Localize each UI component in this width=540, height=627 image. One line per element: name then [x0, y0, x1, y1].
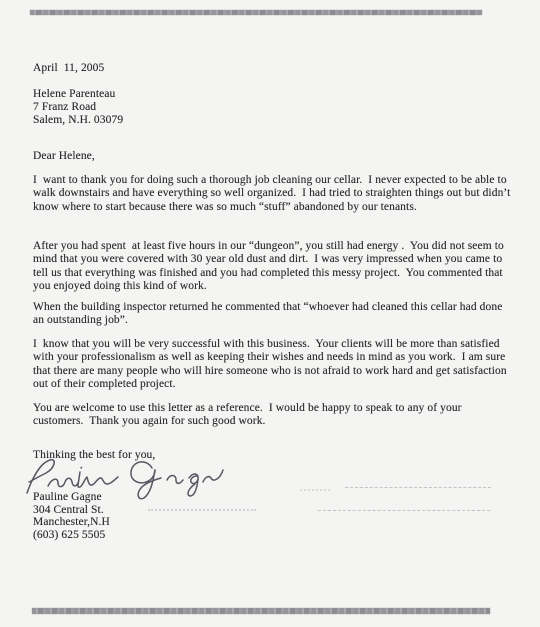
- recipient-block: Helene Parenteau7 Franz RoadSalem, N.H. …: [33, 88, 123, 127]
- sender-block: Pauline Gagne304 Central St.Manchester,N…: [33, 491, 110, 541]
- salutation: Dear Helene,: [33, 150, 95, 163]
- paragraph-4: I know that you will be very successful …: [33, 338, 513, 392]
- sender-name: Pauline Gagne: [33, 491, 110, 504]
- sender-city: Manchester,N.H: [33, 516, 110, 529]
- paragraph-1: I want to thank you for doing such a tho…: [33, 174, 513, 214]
- scanned-letter-page: April 11, 2005 Helene Parenteau7 Franz R…: [0, 0, 540, 627]
- sender-phone: (603) 625 5505: [33, 529, 110, 542]
- date-line: April 11, 2005: [33, 62, 104, 75]
- scan-edge-bottom-bar: [32, 608, 490, 614]
- scan-edge-top-bar: [30, 10, 482, 15]
- recipient-city: Salem, N.H. 03079: [33, 114, 123, 127]
- sender-street: 304 Central St.: [33, 504, 110, 517]
- scan-bleedthrough-artifact: [345, 487, 491, 488]
- paragraph-5: You are welcome to use this letter as a …: [33, 402, 513, 429]
- scan-bleedthrough-artifact: [318, 510, 490, 511]
- paragraph-3: When the building inspector returned he …: [33, 301, 513, 328]
- recipient-street: 7 Franz Road: [33, 101, 123, 114]
- scan-bleedthrough-artifact: [300, 489, 330, 491]
- paragraph-2: After you had spent at least five hours …: [33, 240, 513, 294]
- recipient-name: Helene Parenteau: [33, 88, 123, 101]
- scan-bleedthrough-artifact: [148, 509, 256, 511]
